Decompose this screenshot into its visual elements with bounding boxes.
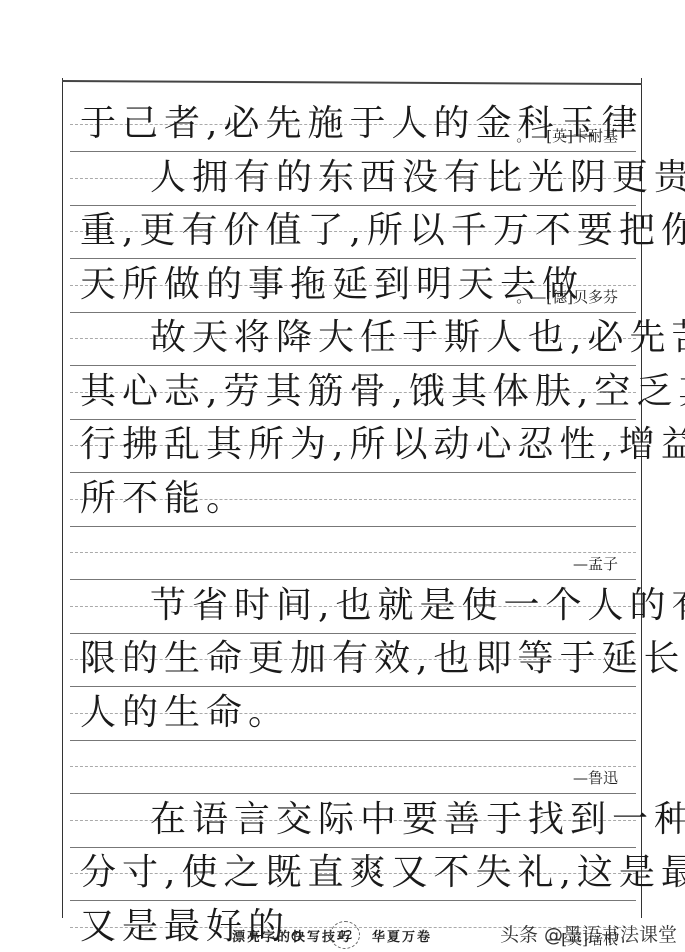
handwritten-text: 故天将降大任于斯人也,必先苦 <box>150 316 685 360</box>
ruled-line: —鲁迅 <box>70 738 636 794</box>
attribution: 。—[德]贝多芬 <box>516 286 618 307</box>
handwritten-text: 限的生命更加有效,也即等于延长了 <box>80 637 685 681</box>
attribution: 。—[英]卡耐基 <box>516 125 618 146</box>
ruled-line: 于己者,必先施于人的金科玉律。—[英]卡耐基 <box>70 96 636 152</box>
handwritten-text: 行拂乱其所为,所以动心忍性,增益其 <box>80 423 685 467</box>
handwritten-text: 节省时间,也就是使一个人的有 <box>150 584 685 628</box>
ruled-line: 分寸,使之既直爽又不失礼,这是最难 <box>70 845 636 901</box>
publisher: 华夏万卷 <box>372 926 432 945</box>
ruled-line: 天所做的事拖延到明天去做。—[德]贝多芬 <box>70 257 636 313</box>
handwritten-text: 其心志,劳其筋骨,饿其体肤,空乏其身, <box>80 370 685 414</box>
dashed-midline <box>70 552 636 553</box>
ruled-line: 故天将降大任于斯人也,必先苦 <box>70 310 636 366</box>
ruled-line: 所不能。 <box>70 471 636 527</box>
handwritten-text: 所不能。 <box>80 477 248 521</box>
watermark: 头条 @墨语书法课堂 <box>500 920 677 947</box>
ruled-line: 人的生命。 <box>70 685 636 741</box>
ruled-line: 其心志,劳其筋骨,饿其体肤,空乏其身, <box>70 364 636 420</box>
handwritten-text: 人拥有的东西没有比光阴更贵 <box>150 156 685 200</box>
ruled-line: 重,更有价值了,所以千万不要把你今 <box>70 203 636 259</box>
attribution: —孟子 <box>573 553 618 574</box>
ruled-line: 在语言交际中要善于找到一种 <box>70 792 636 848</box>
ruled-line: —孟子 <box>70 524 636 580</box>
handwritten-text: 重,更有价值了,所以千万不要把你今 <box>80 209 685 253</box>
ruled-line: 人拥有的东西没有比光阴更贵 <box>70 150 636 206</box>
handwritten-text: 在语言交际中要善于找到一种 <box>150 798 685 842</box>
ruled-line: 节省时间,也就是使一个人的有 <box>70 578 636 634</box>
ruled-line: 限的生命更加有效,也即等于延长了 <box>70 631 636 687</box>
handwritten-text: 分寸,使之既直爽又不失礼,这是最难 <box>80 851 685 895</box>
page-footer: 漂亮字的快写技巧 42 华夏万卷 头条 @墨语书法课堂 <box>0 918 685 952</box>
attribution: —鲁迅 <box>573 767 618 788</box>
handwritten-text: 天所做的事拖延到明天去做 <box>80 263 584 307</box>
ruled-line: 行拂乱其所为,所以动心忍性,增益其 <box>70 417 636 473</box>
handwritten-text: 人的生命。 <box>80 691 290 735</box>
page-number: 42 <box>330 921 360 949</box>
dashed-midline <box>70 766 636 767</box>
